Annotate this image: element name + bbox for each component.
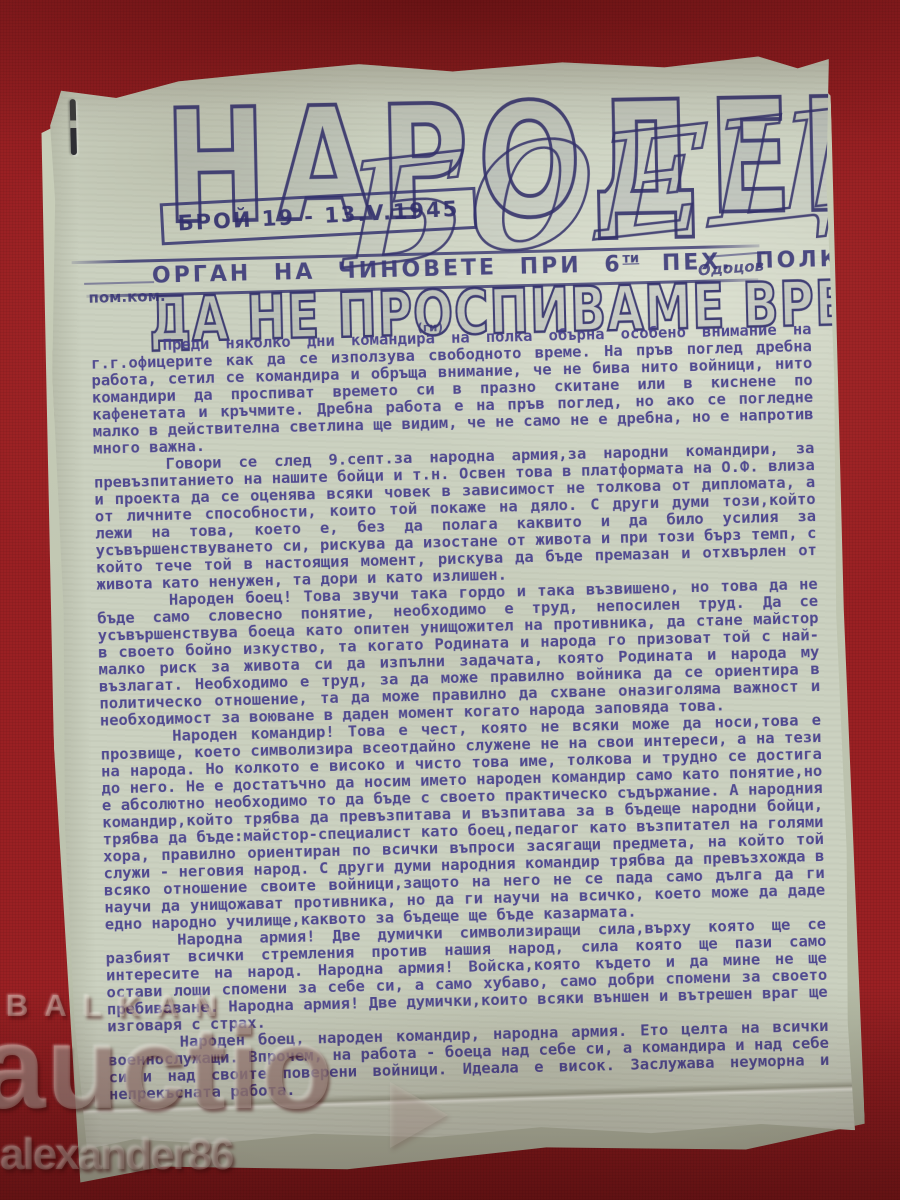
seller-watermark: alexander86 (0, 1130, 232, 1180)
article-body: Преди няколко дни командира на полка объ… (90, 321, 829, 1103)
issue-date-text: БРОЙ 19 - 13.V.1945 (177, 197, 460, 236)
article-paragraph: Говори се след 9.септ.за народна армия,з… (93, 440, 817, 594)
article-paragraph: Народен боец! Това звучи така гордо и та… (97, 576, 821, 730)
article-paragraph: Преди няколко дни командира на полка объ… (90, 321, 814, 458)
staple (70, 99, 77, 155)
article-paragraph: Народен командир! Това е чест, която не … (100, 712, 826, 934)
photo-scene: НАРОДЕН БОЕЦ БРОЙ 19 - 13.V.1945 ОРГАН Н… (0, 0, 900, 1200)
organ-line-superscript: ти (622, 251, 639, 266)
newspaper-page: НАРОДЕН БОЕЦ БРОЙ 19 - 13.V.1945 ОРГАН Н… (45, 53, 855, 1150)
auction-watermark: auctio (0, 1000, 334, 1136)
watermark-arrow-icon (390, 1082, 448, 1148)
